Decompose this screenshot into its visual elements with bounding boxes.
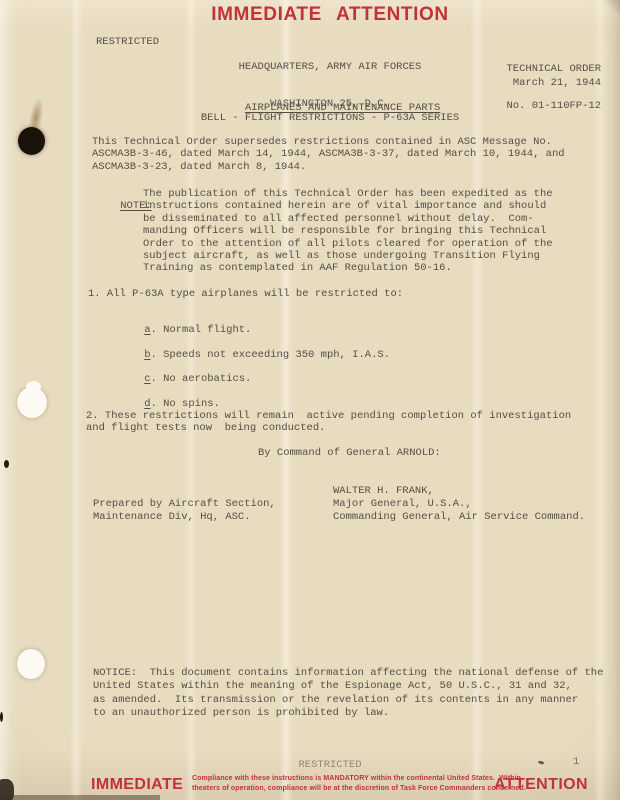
subject-title: BELL - FLIGHT RESTRICTIONS - P-63A SERIE… <box>40 112 620 124</box>
restriction-b-text: . Speeds not exceeding 350 mph, I.A.S. <box>151 349 390 361</box>
page-number: 1 <box>573 756 579 768</box>
restriction-c-text: . No aerobatics. <box>151 373 252 385</box>
by-command-line: By Command of General ARNOLD: <box>258 447 441 459</box>
document-page: IMMEDIATE ATTENTION RESTRICTED HEADQUART… <box>0 0 620 800</box>
punch-hole-top <box>18 127 45 155</box>
list-item-2: 2. These restrictions will remain active… <box>86 410 571 435</box>
footer-immediate: IMMEDIATE <box>91 776 183 794</box>
footer-attention: ATTENTION <box>494 776 588 794</box>
classification-bottom: RESTRICTED <box>40 759 620 771</box>
corner-shade-top-right <box>602 0 620 14</box>
intro-paragraph: This Technical Order supersedes restrict… <box>92 136 565 173</box>
punch-hole-bottom <box>17 649 45 679</box>
footer-compliance-note: Compliance with these instructions is MA… <box>192 774 484 794</box>
date: March 21, 1944 <box>513 77 601 89</box>
top-banner: IMMEDIATE ATTENTION <box>40 4 620 26</box>
prepared-by-block: Prepared by Aircraft Section, Maintenanc… <box>93 498 276 524</box>
bottom-edge-shadow <box>0 795 160 800</box>
note-text: The publication of this Technical Order … <box>143 188 553 275</box>
punch-hole-middle-notch <box>26 381 41 393</box>
ink-speck-2 <box>0 712 3 722</box>
restriction-d-text: . No spins. <box>151 398 220 410</box>
signature-block: WALTER H. FRANK, Major General, U.S.A., … <box>333 485 585 524</box>
espionage-notice: NOTICE: This document contains informati… <box>93 667 603 720</box>
order-label: TECHNICAL ORDER <box>506 63 601 75</box>
restriction-a-text: . Normal flight. <box>151 324 252 336</box>
list-item-1: 1. All P-63A type airplanes will be rest… <box>88 288 403 300</box>
ink-speck-1 <box>4 460 9 468</box>
